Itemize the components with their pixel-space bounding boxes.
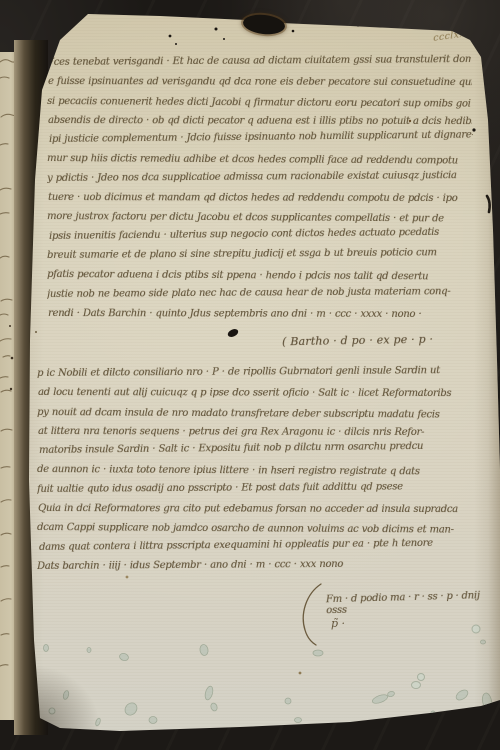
worm-hole (11, 357, 14, 360)
handwriting-fragment (0, 256, 9, 258)
handwriting-fragment (1, 500, 11, 502)
stain-ring (472, 625, 480, 633)
stain (313, 650, 323, 656)
ink-speck (299, 672, 302, 675)
handwriting-fragment (0, 188, 11, 190)
handwriting-fragment (0, 213, 9, 214)
worm-hole (9, 325, 11, 327)
manuscript-line: fuit ualtie quto idus osadij ano psscrip… (37, 477, 470, 499)
manuscript-line: matoribs insule Sardin · Salt ic · Expos… (39, 437, 472, 461)
stain (62, 690, 69, 700)
worm-hole (10, 388, 12, 390)
manuscript-line: justie nob ne beamo side plato nec hac d… (47, 282, 471, 304)
handwriting-fragment (1, 429, 12, 431)
ink-speck (292, 30, 295, 33)
manuscript-line: p ic Nobili et dilcto consiliario nro · … (37, 361, 470, 383)
notary-flourish (303, 584, 321, 645)
ink-speck (175, 43, 177, 45)
stain (199, 644, 209, 656)
stain (431, 711, 435, 715)
handwriting-fragment (3, 356, 10, 357)
stain (481, 640, 486, 644)
handwriting-fragment (1, 634, 9, 635)
handwriting-fragment (1, 467, 10, 468)
manuscript-line: Fces tenebat verisgandi · Et hac de caus… (47, 50, 471, 72)
stain (87, 648, 91, 653)
handwriting-fragment (0, 665, 8, 666)
manuscript-line: Dats barchin · iiij · idus Septembr · an… (37, 554, 470, 576)
stain (295, 718, 302, 723)
manuscript-line: ipi justicie complementum · Jdcio fuisse… (49, 126, 473, 150)
ink-speck (169, 35, 172, 38)
manuscript-line: breuit sumarie et de plano si sine strep… (47, 243, 471, 265)
manuscript-line: e fuisse ipsinuantes ad verisgandu qd dc… (48, 72, 472, 92)
stain (285, 698, 291, 704)
ink-speck (215, 28, 218, 31)
ink-smear (487, 196, 490, 212)
entry-1-subscription: ( Bartho · d po · ex pe · p · (282, 333, 433, 349)
manuscript-line: Quia in dci Reformatores gra cito put ed… (38, 499, 471, 519)
manuscript-line: tuere · uob dicimus et mandam qd dictos … (48, 188, 472, 208)
photo-backdrop: ccclxxxxiiij Fces tenebat verisgandi · E… (0, 0, 500, 750)
handwriting-fragment (0, 144, 8, 145)
stain (123, 700, 140, 717)
handwriting-fragment (0, 59, 15, 62)
stain (44, 645, 49, 652)
handwriting-fragment (1, 599, 11, 601)
ink-speck (35, 331, 37, 333)
stain (454, 688, 469, 702)
handwriting-fragment (0, 377, 8, 378)
handwriting-fragment (1, 566, 9, 567)
manuscript-line: y pdictis · Jdeo nos dca supplicatioe ad… (47, 166, 471, 188)
notary-abbreviation: p̃ · (331, 617, 345, 630)
stain (210, 702, 218, 712)
handwriting-fragment (1, 390, 11, 392)
ink-blot (227, 328, 240, 339)
entry-1-text: Fces tenebat verisgandi · Et hac de caus… (47, 53, 471, 323)
handwriting-fragment (1, 299, 12, 301)
notary-subscription: Fm · d podio ma · r · ss · p · dnij osss (326, 590, 500, 617)
handwriting-fragment (0, 339, 11, 341)
handwriting-fragment (1, 533, 11, 535)
manuscript-line: dams quat contera i littra psscripta exe… (39, 533, 472, 557)
stain (149, 717, 157, 724)
manuscript-page: ccclxxxxiiij Fces tenebat verisgandi · E… (0, 0, 500, 750)
stain-ring (418, 674, 425, 681)
manuscript-line: ad locu tenenti aut alij cuicuqz q p ips… (38, 383, 471, 403)
stain (95, 718, 101, 727)
handwriting-fragment (0, 77, 9, 78)
folio-number: ccclxxxxiiij (433, 25, 490, 44)
stain-ring (49, 708, 55, 714)
stain (204, 685, 214, 700)
manuscript-line: ipsis inuenitis faciendu · ulterius sup … (49, 222, 473, 246)
stain (119, 652, 130, 662)
stain-ring (412, 682, 421, 689)
ink-speck (223, 38, 225, 40)
handwriting-fragment (0, 314, 8, 315)
entry-2-text: p ic Nobili et dilcto consiliario nro · … (37, 364, 470, 576)
stain (481, 692, 493, 709)
stain (387, 690, 395, 697)
stain (371, 693, 388, 705)
manuscript-line: rendi · Dats Barchin · quinto Jdus septe… (48, 304, 472, 324)
ink-speck (357, 25, 359, 27)
